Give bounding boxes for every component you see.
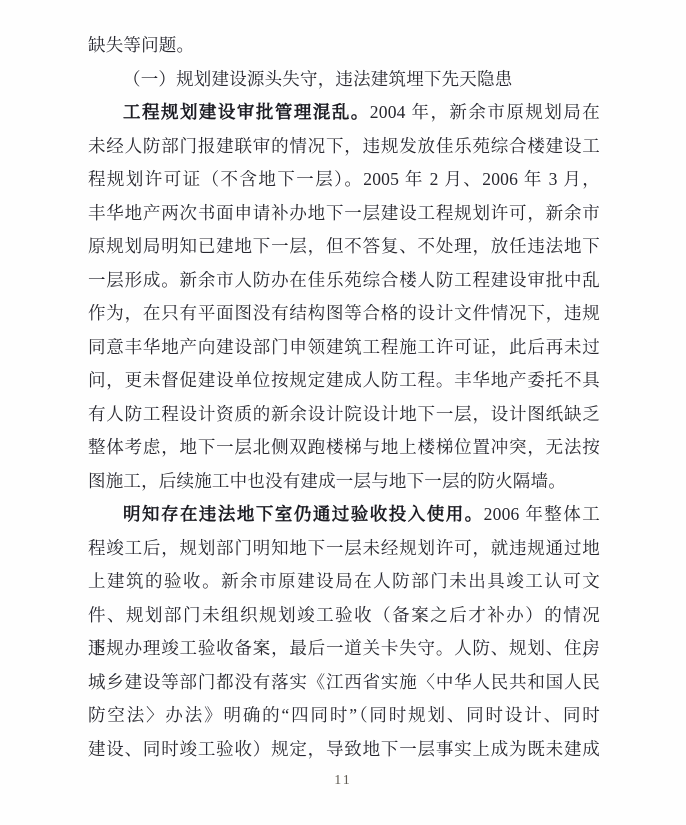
text-line: 件、规划部门未组织规划竣工验收（备案之后才补办）的情况下， <box>88 599 600 633</box>
text-line: 明知存在违法地下室仍通过验收投入使用。2006 年整体工 <box>88 498 600 532</box>
text-run: 图施工，后续施工中也没有建成一层与地下一层的防火隔墙。 <box>88 471 566 491</box>
text-run: 2004 年，新余市原规划局在 <box>370 102 600 122</box>
text-line: 整体考虑，地下一层北侧双跑楼梯与地上楼梯位置冲突，无法按 <box>88 431 600 465</box>
text-line: 防空法〉办法》明确的“四同时”（同时规划、同时设计、同时 <box>88 699 600 733</box>
text-run: 防空法〉办法》明确的“四同时”（同时规划、同时设计、同时 <box>88 705 600 725</box>
text-run: 作为，在只有平面图没有结构图等合格的设计文件情况下，违规 <box>88 303 600 323</box>
text-line: 缺失等问题。 <box>88 29 600 63</box>
text-run: 未经人防部门报建联审的情况下，违规发放佳乐苑综合楼建设工 <box>88 136 600 156</box>
text-run: 原规划局明知已建地下一层，但不答复、不处理，放任违法地下 <box>88 236 600 256</box>
text-line: 上建筑的验收。新余市原建设局在人防部门未出具竣工认可文 <box>88 565 600 599</box>
text-run: 同意丰华地产向建设部门申领建筑工程施工许可证，此后再未过 <box>88 337 600 357</box>
text-line: 原规划局明知已建地下一层，但不答复、不处理，放任违法地下 <box>88 230 600 264</box>
text-run: 丰华地产两次书面申请补办地下一层建设工程规划许可，新余市 <box>88 203 600 223</box>
text-line: 工程规划建设审批管理混乱。2004 年，新余市原规划局在 <box>88 96 600 130</box>
text-run: 城乡建设等部门都没有落实《江西省实施〈中华人民共和国人民 <box>88 672 600 692</box>
text-line: 程竣工后，规划部门明知地下一层未经规划许可，就违规通过地 <box>88 532 600 566</box>
text-line: 有人防工程设计资质的新余设计院设计地下一层，设计图纸缺乏 <box>88 398 600 432</box>
text-run: 违规办理竣工验收备案，最后一道关卡失守。人防、规划、住房 <box>88 638 600 658</box>
text-run: 程竣工后，规划部门明知地下一层未经规划许可，就违规通过地 <box>88 538 600 558</box>
document-body: 缺失等问题。（一）规划建设源头失守，违法建筑埋下先天隐患工程规划建设审批管理混乱… <box>88 29 600 766</box>
text-run: 上建筑的验收。新余市原建设局在人防部门未出具竣工认可文 <box>88 571 600 591</box>
text-run: 2006 年整体工 <box>484 504 600 524</box>
bold-heading-run: 明知存在违法地下室仍通过验收投入使用。 <box>123 504 484 524</box>
text-line: 一层形成。新余市人防办在佳乐苑综合楼人防工程建设审批中乱 <box>88 264 600 298</box>
text-line: 建设、同时竣工验收）规定，导致地下一层事实上成为既未建成 <box>88 733 600 767</box>
document-page: 缺失等问题。（一）规划建设源头失守，违法建筑埋下先天隐患工程规划建设审批管理混乱… <box>0 0 686 825</box>
text-line: 程规划许可证（不含地下一层）。2005 年 2 月、2006 年 3 月， <box>88 163 600 197</box>
text-line: 图施工，后续施工中也没有建成一层与地下一层的防火隔墙。 <box>88 465 600 499</box>
page-number: 11 <box>0 772 686 790</box>
bold-heading-run: 工程规划建设审批管理混乱。 <box>123 102 370 122</box>
text-line: （一）规划建设源头失守，违法建筑埋下先天隐患 <box>88 63 600 97</box>
text-run: 整体考虑，地下一层北侧双跑楼梯与地上楼梯位置冲突，无法按 <box>88 437 600 457</box>
text-run: 有人防工程设计资质的新余设计院设计地下一层，设计图纸缺乏 <box>88 404 600 424</box>
text-run: 一层形成。新余市人防办在佳乐苑综合楼人防工程建设审批中乱 <box>88 270 600 290</box>
text-run: 程规划许可证（不含地下一层）。2005 年 2 月、2006 年 3 月， <box>88 169 600 189</box>
text-run: 问，更未督促建设单位按规定建成人防工程。丰华地产委托不具 <box>88 370 600 390</box>
text-run: 缺失等问题。 <box>88 35 194 55</box>
text-line: 城乡建设等部门都没有落实《江西省实施〈中华人民共和国人民 <box>88 666 600 700</box>
text-line: 同意丰华地产向建设部门申领建筑工程施工许可证，此后再未过 <box>88 331 600 365</box>
text-line: 违规办理竣工验收备案，最后一道关卡失守。人防、规划、住房 <box>88 632 600 666</box>
text-line: 丰华地产两次书面申请补办地下一层建设工程规划许可，新余市 <box>88 197 600 231</box>
text-line: 作为，在只有平面图没有结构图等合格的设计文件情况下，违规 <box>88 297 600 331</box>
text-line: 未经人防部门报建联审的情况下，违规发放佳乐苑综合楼建设工 <box>88 130 600 164</box>
text-run: （一）规划建设源头失守，违法建筑埋下先天隐患 <box>123 69 512 89</box>
text-line: 问，更未督促建设单位按规定建成人防工程。丰华地产委托不具 <box>88 364 600 398</box>
text-run: 建设、同时竣工验收）规定，导致地下一层事实上成为既未建成 <box>88 739 600 759</box>
